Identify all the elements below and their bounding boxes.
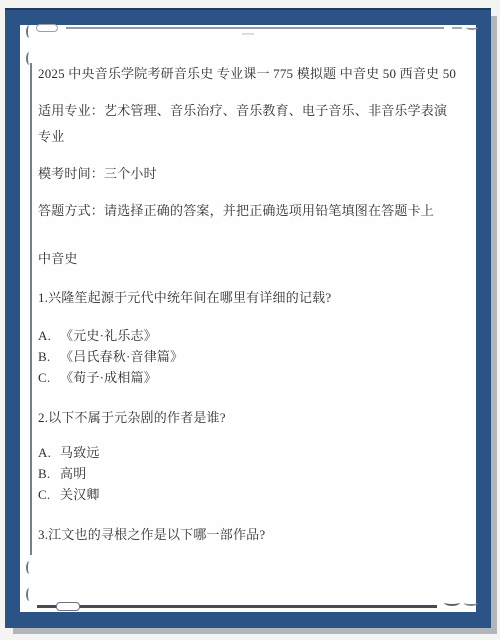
option-label: B. — [38, 346, 60, 367]
option-text: 关汉卿 — [60, 487, 100, 502]
question-number: 2. — [38, 410, 48, 425]
option-text: 高明 — [60, 466, 86, 481]
scan-artifact-dash — [452, 27, 462, 29]
scan-artifact-paren — [26, 561, 33, 574]
exam-duration-line: 模考时间：三个小时 — [38, 161, 457, 187]
document-title: 2025 中央音乐学院考研音乐史 专业课一 775 模拟题 中音史 50 西音史… — [38, 61, 457, 87]
question-body: 以下不属于元杂剧的作者是谁? — [48, 410, 226, 425]
question-number: 1. — [38, 290, 48, 305]
option-text: 《荀子·成相篇》 — [60, 370, 157, 385]
question-3: 3.江文也的寻根之作是以下哪一部作品? — [38, 522, 457, 548]
scan-artifact-tilde — [464, 600, 478, 606]
question-number: 3. — [38, 527, 48, 542]
option-text: 马致远 — [60, 445, 100, 460]
option-text: 《元史·礼乐志》 — [60, 328, 157, 343]
option-label: C. — [38, 367, 60, 388]
question-body: 兴隆笙起源于元代中统年间在哪里有详细的记载? — [48, 290, 331, 305]
question-text: 2.以下不属于元杂剧的作者是谁? — [38, 405, 457, 431]
option-label: B. — [38, 463, 60, 484]
scan-artifact-left-line — [30, 63, 32, 555]
option-item: B.《吕氏春秋·音律篇》 — [38, 346, 457, 367]
scan-artifact-box — [56, 602, 80, 611]
scan-artifact-dash — [242, 33, 254, 35]
option-text: 《吕氏春秋·音律篇》 — [60, 349, 183, 364]
question-body: 江文也的寻根之作是以下哪一部作品? — [48, 527, 265, 542]
option-label: A. — [38, 325, 60, 346]
scan-artifact-box — [36, 24, 58, 32]
option-item: C.关汉卿 — [38, 484, 457, 505]
scan-artifact-top-line — [66, 27, 444, 29]
options-list: A.马致远 B.高明 C.关汉卿 — [38, 442, 457, 505]
option-item: C.《荀子·成相篇》 — [38, 367, 457, 388]
option-label: A. — [38, 442, 60, 463]
applicable-majors-line: 适用专业：艺术管理、音乐治疗、音乐教育、电子音乐、非音乐学表演专业 — [38, 98, 457, 150]
scan-artifact-paren — [26, 25, 33, 38]
question-1: 1.兴隆笙起源于元代中统年间在哪里有详细的记载? A.《元史·礼乐志》 B.《吕… — [38, 285, 457, 388]
option-item: B.高明 — [38, 463, 457, 484]
blue-border-frame: 2025 中央音乐学院考研音乐史 专业课一 775 模拟题 中音史 50 西音史… — [5, 8, 491, 628]
section-title: 中音史 — [38, 246, 457, 272]
answer-method-line: 答题方式：请选择正确的答案，并把正确选项用铅笔填图在答题卡上 — [38, 198, 457, 224]
option-item: A.马致远 — [38, 442, 457, 463]
scan-artifact-tilde — [466, 25, 478, 30]
document-page: 2025 中央音乐学院考研音乐史 专业课一 775 模拟题 中音史 50 西音史… — [20, 25, 476, 612]
option-label: C. — [38, 484, 60, 505]
option-item: A.《元史·礼乐志》 — [38, 325, 457, 346]
scan-artifact-bottom-line — [37, 605, 437, 608]
question-text: 3.江文也的寻根之作是以下哪一部作品? — [38, 522, 457, 548]
question-2: 2.以下不属于元杂剧的作者是谁? A.马致远 B.高明 C.关汉卿 — [38, 405, 457, 505]
question-text: 1.兴隆笙起源于元代中统年间在哪里有详细的记载? — [38, 285, 457, 311]
options-list: A.《元史·礼乐志》 B.《吕氏春秋·音律篇》 C.《荀子·成相篇》 — [38, 325, 457, 388]
scan-artifact-tilde — [444, 599, 460, 606]
scan-artifact-paren — [26, 588, 33, 601]
document-content: 2025 中央音乐学院考研音乐史 专业课一 775 模拟题 中音史 50 西音史… — [38, 61, 457, 548]
